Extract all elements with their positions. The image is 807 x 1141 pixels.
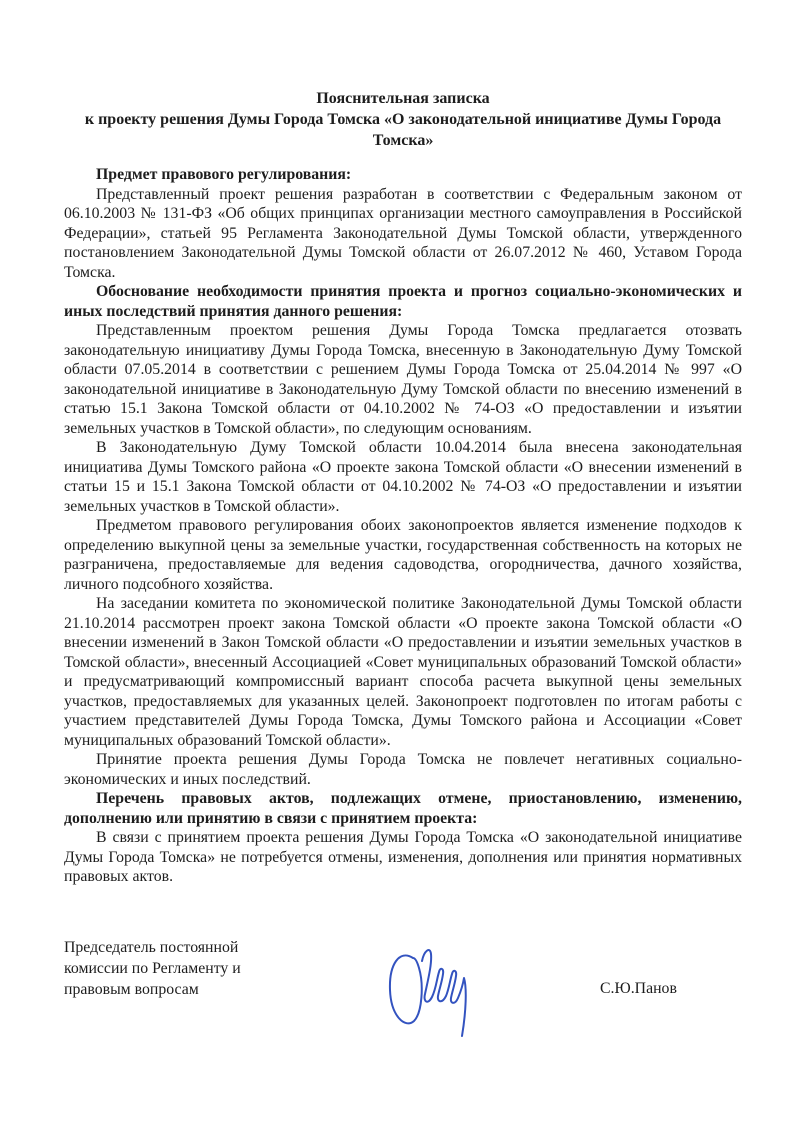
document-body: Предмет правового регулирования: Предста… [64, 165, 742, 887]
document-title-line2: к проекту решения Думы Города Томска «О … [64, 109, 742, 151]
document-title: Пояснительная записка к проекту решения … [64, 88, 742, 151]
paragraph-tomsk-district-initiative: В Законодательную Думу Томской области 1… [64, 438, 742, 516]
paragraph-no-negative-effects: Принятие проекта решения Думы Города Том… [64, 750, 742, 789]
document-title-line1: Пояснительная записка [64, 88, 742, 109]
paragraph-committee-review: На заседании комитета по экономической п… [64, 594, 742, 750]
section-heading-subject: Предмет правового регулирования: [64, 165, 742, 185]
document-content: Пояснительная записка к проекту решения … [64, 88, 742, 1067]
signer-name: С.Ю.Панов [600, 978, 677, 999]
document-page: Пояснительная записка к проекту решения … [0, 0, 807, 1141]
handwritten-signature [386, 943, 501, 1045]
signer-position-title: Председатель постоянной комиссии по Регл… [64, 937, 282, 1000]
section-heading-justification: Обоснование необходимости принятия проек… [64, 282, 742, 321]
paragraph-initiative-withdrawal: Представленным проектом решения Думы Гор… [64, 321, 742, 438]
paragraph-regulation-subject: Предметом правового регулирования обоих … [64, 516, 742, 594]
signature-block: Председатель постоянной комиссии по Регл… [64, 937, 742, 1067]
section-heading-acts-list: Перечень правовых актов, подлежащих отме… [64, 789, 742, 828]
paragraph-legal-basis: Представленный проект решения разработан… [64, 185, 742, 283]
paragraph-no-acts-required: В связи с принятием проекта решения Думы… [64, 828, 742, 887]
